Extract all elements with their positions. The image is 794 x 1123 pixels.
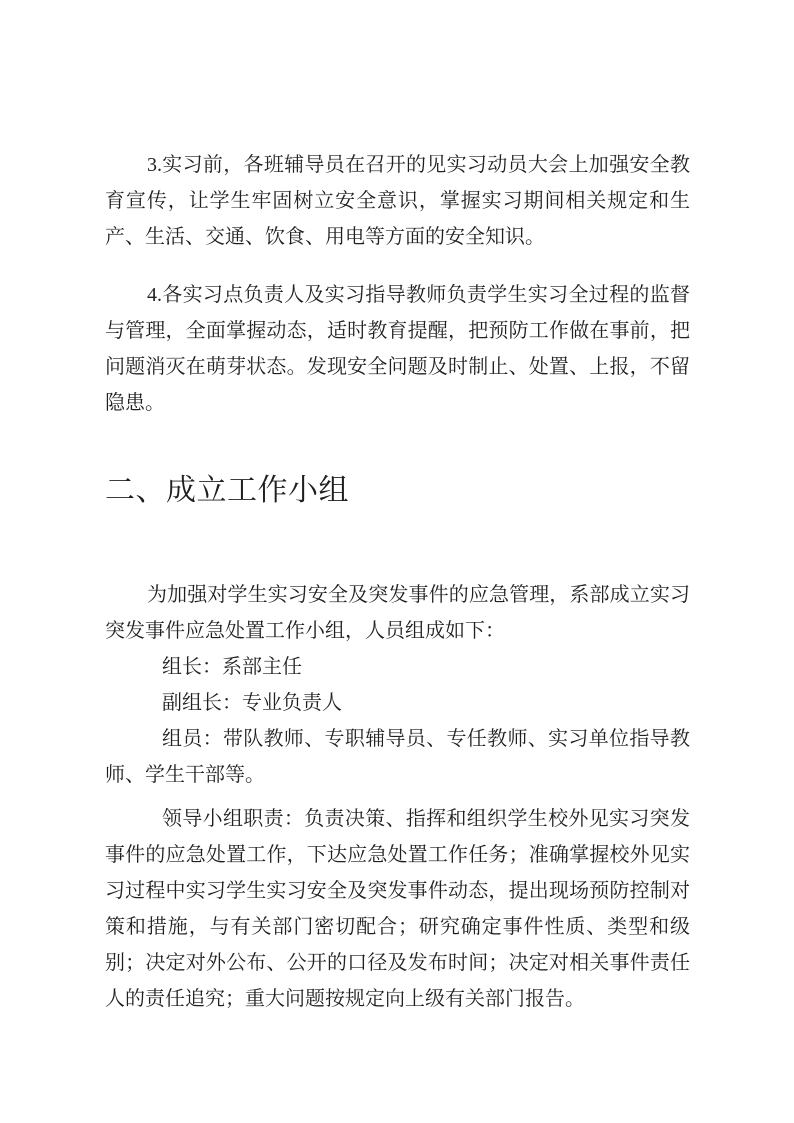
line-group-members: 组员：带队教师、专职辅导员、专任教师、实习单位指导教师、学生干部等。: [105, 721, 690, 793]
document-page: 3.实习前，各班辅导员在召开的见实习动员大会上加强安全教育宣传，让学生牢固树立安…: [0, 0, 794, 1123]
paragraph-group-intro: 为加强对学生实习安全及突发事件的应急管理，系部成立实习突发事件应急处置工作小组，…: [105, 577, 690, 649]
paragraph-safety-education: 3.实习前，各班辅导员在召开的见实习动员大会上加强安全教育宣传，让学生牢固树立安…: [105, 147, 690, 255]
line-deputy-group-leader: 副组长：专业负责人: [105, 685, 690, 721]
section-heading: 二、成立工作小组: [105, 467, 690, 515]
line-group-leader: 组长：系部主任: [105, 649, 690, 685]
paragraph-leading-group-duties: 领导小组职责：负责决策、指挥和组织学生校外见实习突发事件的应急处置工作，下达应急…: [105, 801, 690, 1017]
paragraph-supervision: 4.各实习点负责人及实习指导教师负责学生实习全过程的监督与管理，全面掌握动态，适…: [105, 277, 690, 421]
